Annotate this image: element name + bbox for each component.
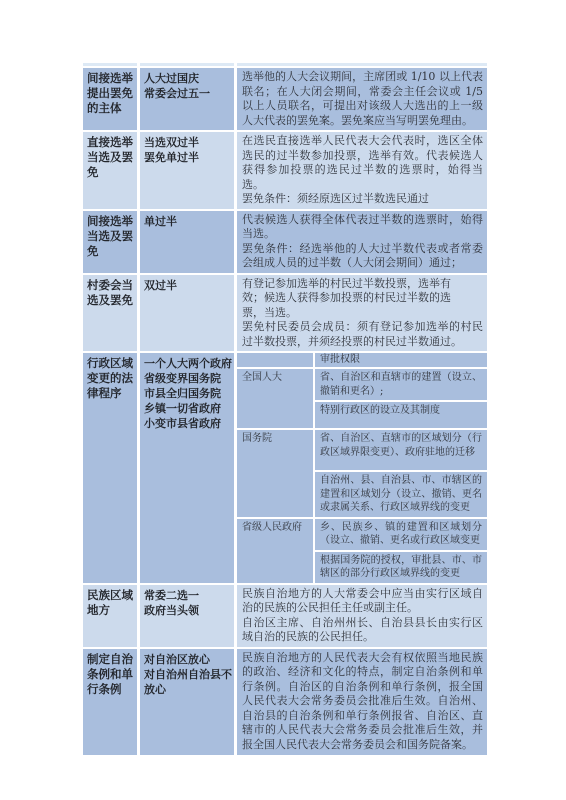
approval-scope-cell: 乡、民族乡、镇的建置和区域划分（设立、撤销、更名或行政区域变更 [315, 519, 487, 550]
approval-authority-table: 审批权限 全国人大 省、自治区和直辖市的建置（设立、撤销和更名）; 特别行政区的… [237, 353, 487, 583]
detail-cell: 有登记参加选举的村民过半数投票，选举有 效；候选人获得参加投票的村民过半数的选 … [237, 275, 487, 352]
authority-name-cell-empty [237, 353, 313, 367]
row-indirect-recall-proposer: 间接选举 提出罢免 的主体 人大过国庆 常委会过五一 选举他的人大会议期间，主席… [83, 68, 487, 130]
detail-cell: 民族自治地方的人民代表大会有权依照当地民族的政治、经济和文化的特点，制定自治条例… [237, 649, 487, 755]
topic-cell: 间接选举 当选及罢 免 [83, 211, 137, 273]
topic-cell: 直接选举 当选及罢 免 [83, 132, 137, 209]
election-procedures-table: 间接选举 提出罢免 的主体 人大过国庆 常委会过五一 选举他的人大会议期间，主席… [83, 63, 487, 755]
mnemonic-cell: 一个人大两个政府 省级变界国务院 市县全归国务院 乡镇一切省政府 小变市县省政府 [140, 353, 234, 583]
authority-name-cell: 全国人大 [237, 369, 313, 428]
detail-cell: 在选民直接选举人民代表大会代表时，选区全体选民的过半数参加投票，选举有效。代表候… [237, 132, 487, 209]
topic-cell: 制定自治 条例和单 行条例 [83, 649, 137, 755]
mnemonic-cell: 当选双过半 罢免单过半 [140, 132, 234, 209]
topic-cell: 间接选举 提出罢免 的主体 [83, 68, 137, 130]
topic-cell: 民族区域 地方 [83, 585, 137, 647]
row-indirect-election-recall: 间接选举 当选及罢 免 单过半 代表候选人获得全体代表过半数的选票时，始得当选。… [83, 211, 487, 273]
row-admin-region-change: 行政区域 变更的法 律程序 一个人大两个政府 省级变界国务院 市县全归国务院 乡… [83, 353, 487, 583]
mnemonic-cell: 双过半 [140, 275, 234, 352]
sliver-cell [83, 63, 137, 66]
mnemonic-cell: 常委二选一 政府当头领 [140, 585, 234, 647]
row-ethnic-autonomous-area: 民族区域 地方 常委二选一 政府当头领 民族自治地方的人大常委会中应当由实行区域… [83, 585, 487, 647]
topic-cell: 村委会当 选及罢免 [83, 275, 137, 352]
sliver-cell [237, 63, 487, 66]
approval-group-npc: 全国人大 省、自治区和直辖市的建置（设立、撤销和更名）; 特别行政区的设立及其制… [237, 369, 487, 428]
approval-scope-cell: 特别行政区的设立及其制度 [315, 402, 487, 428]
row-direct-election-recall: 直接选举 当选及罢 免 当选双过半 罢免单过半 在选民直接选举人民代表大会代表时… [83, 132, 487, 209]
approval-header-row: 审批权限 [237, 353, 487, 367]
approval-group-provincial-govt: 省级人民政府 乡、民族乡、镇的建置和区域划分（设立、撤销、更名或行政区域变更 根… [237, 519, 487, 583]
approval-scope-cell: 自治州、县、自治县、市、市辖区的建置和区域划分（设立、撤销、更名或隶属关系、行政… [315, 472, 487, 517]
document-page: 间接选举 提出罢免 的主体 人大过国庆 常委会过五一 选举他的人大会议期间，主席… [0, 0, 566, 800]
detail-cell: 代表候选人获得全体代表过半数的选票时，始得当选。 罢免条件：经选举他的人大过半数… [237, 211, 487, 273]
approval-scope-cell: 根据国务院的授权，审批县、市、市辖区的部分行政区域界线的变更 [315, 552, 487, 583]
detail-cell: 选举他的人大会议期间，主席团或 1/10 以上代表联名；在人大闭会期间，常委会主… [237, 68, 487, 130]
authority-name-cell: 国务院 [237, 430, 313, 517]
mnemonic-cell: 对自治区放心 对自治州自治县不放心 [140, 649, 234, 755]
row-village-committee-election: 村委会当 选及罢免 双过半 有登记参加选举的村民过半数投票，选举有 效；候选人获… [83, 275, 487, 352]
mnemonic-cell: 单过半 [140, 211, 234, 273]
authority-name-cell: 省级人民政府 [237, 519, 313, 583]
sliver-cell [140, 63, 234, 66]
table-top-sliver [83, 63, 487, 66]
detail-cell: 民族自治地方的人大常委会中应当由实行区域自治的民族的公民担任主任或副主任。 自治… [237, 585, 487, 647]
approval-group-state-council: 国务院 省、自治区、直辖市的区域划分（行政区域界限变更）、政府驻地的迁移 自治州… [237, 430, 487, 517]
topic-cell: 行政区域 变更的法 律程序 [83, 353, 137, 583]
approval-header-cell: 审批权限 [315, 353, 487, 367]
mnemonic-cell: 人大过国庆 常委会过五一 [140, 68, 234, 130]
approval-scope-cell: 省、自治区和直辖市的建置（设立、撤销和更名）; [315, 369, 487, 400]
row-autonomy-regulations: 制定自治 条例和单 行条例 对自治区放心 对自治州自治县不放心 民族自治地方的人… [83, 649, 487, 755]
approval-scope-cell: 省、自治区、直辖市的区域划分（行政区域界限变更）、政府驻地的迁移 [315, 430, 487, 470]
